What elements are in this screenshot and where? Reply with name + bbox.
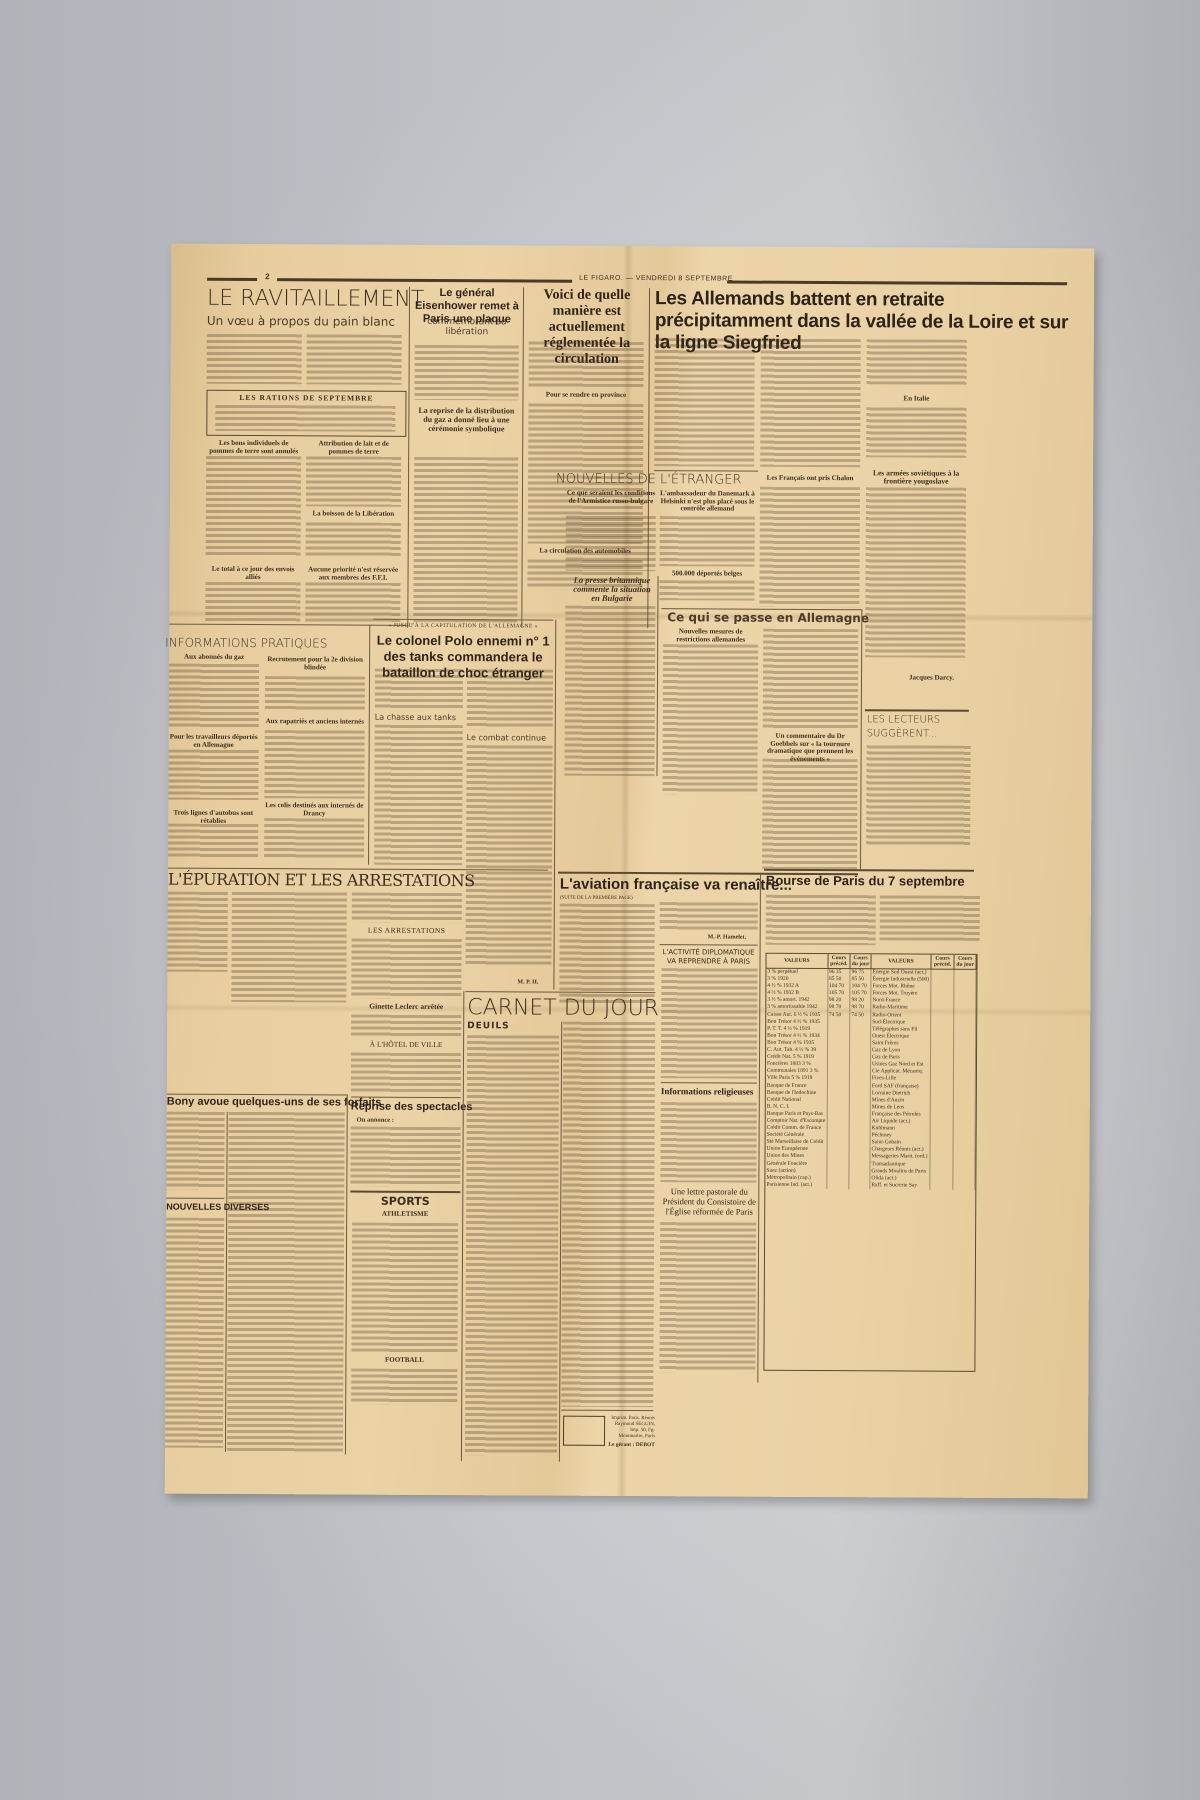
divider (166, 1198, 224, 1199)
section-title: À L'HÔTEL DE VILLE (351, 1041, 461, 1050)
article-body (374, 725, 463, 865)
article-body (264, 730, 364, 799)
quote-value (850, 1026, 871, 1033)
quote-value (849, 1182, 870, 1189)
security-name: Métropolitain (cap.) (765, 1174, 826, 1181)
section-title: Aucune priorité n'est réservée aux membr… (306, 566, 401, 582)
security-name: Lorraine Dietrich (871, 1090, 930, 1097)
section-title: Le combat continue (467, 733, 546, 742)
article-body (414, 345, 518, 401)
article-body (165, 1218, 224, 1448)
section-title: La boisson de la Libération (306, 510, 401, 518)
security-name: Bon Trésor 4 ½ % 1935 (766, 1018, 827, 1025)
divider (561, 1410, 653, 1411)
security-name: Ville Paris 5 % 1919 (766, 1075, 827, 1082)
column-header: Cours du jour (850, 954, 871, 969)
masthead-title: LE FIGARO. — VENDREDI 8 SEPTEMBRE (579, 275, 733, 283)
section-title: ATHLETISME (350, 1211, 460, 1219)
article-body (413, 457, 518, 623)
article-body (207, 334, 302, 384)
quote-value (850, 1033, 871, 1040)
section-title: Aux rapatriés et anciens internés (265, 718, 365, 726)
quote-value: 74 50 (827, 1012, 850, 1019)
article-body (529, 341, 644, 387)
religieuses-headline: Informations religieuses (661, 1086, 761, 1097)
article-body (351, 1053, 461, 1094)
etranger-headline: NOUVELLES DE L'ÉTRANGER (556, 472, 756, 488)
quote-value (954, 1026, 976, 1033)
security-name: Télégraphes sans Fil (871, 1026, 930, 1033)
section-title: En Italie (866, 395, 966, 403)
quote-value (954, 1019, 976, 1026)
table-row: Caisse Aut. 6 ½ % 193574 5074 50 (766, 1011, 871, 1019)
section-title: L'ambassadeur du Danemark à Helsinki n'e… (660, 490, 755, 514)
polo-kicker: « JUSQU'À LA CAPITULATION DE L'ALLEMAGNE… (375, 623, 551, 630)
section-title: Ce que seraient les conditions de l'Armi… (566, 490, 656, 506)
article-body (759, 487, 860, 608)
sports-headline: SPORTS (350, 1195, 460, 1209)
spectacles-headline: Reprise des spectacles (351, 1101, 471, 1114)
carnet-headline: CARNET DU JOUR (467, 995, 667, 1021)
quote-value (850, 1047, 871, 1054)
quote-value: 104 70 (850, 983, 871, 990)
security-name: Union des Mines (765, 1153, 826, 1160)
article-body (763, 629, 859, 729)
bourse-table-right: VALEURS Cours précéd. Cours du jour Éner… (870, 954, 976, 1189)
section-title: Les armées soviétiques à la frontière yo… (866, 469, 966, 486)
article-body (564, 606, 655, 776)
page-number: 2 (265, 272, 270, 281)
printer-imprint: Imprim. Paris. Réunis Raymond SEGUIN, Im… (607, 1416, 655, 1440)
article-body (351, 1015, 461, 1038)
security-name: 3 % amortissable 1942 (766, 1004, 827, 1011)
article-body (206, 456, 302, 556)
diverses-headline: NOUVELLES DIVERSES (166, 1202, 276, 1213)
section-title: Pour se rendre en province (528, 391, 643, 399)
quote-value: 74 50 (850, 1012, 871, 1019)
security-name: Messageries Marit. (ord.) (870, 1154, 929, 1161)
section-title: La chasse aux tanks (375, 713, 456, 722)
ravitaillement-subhead: Un vœu à propos du pain blanc (207, 314, 395, 329)
article-body (352, 893, 462, 924)
article-body (660, 1102, 756, 1183)
security-name: Caisse Aut. 6 ½ % 1935 (766, 1011, 827, 1018)
article-body (766, 895, 876, 946)
column-header: VALEURS (871, 954, 930, 969)
quote-value (954, 991, 976, 998)
section-title: LES ARRESTATIONS (352, 927, 462, 936)
section-title: Les colis destinés aux internés de Dranc… (264, 802, 364, 818)
article-body (305, 582, 400, 622)
divider (865, 709, 969, 712)
section-title: Ginette Leclerc arrêtée (351, 1003, 461, 1012)
informations-headline: INFORMATIONS PRATIQUES (165, 636, 365, 651)
quote-value: 105 70 (850, 990, 871, 997)
quote-value (953, 1183, 975, 1190)
bourse-table: VALEURS Cours précéd. Cours du jour 3 % … (765, 954, 976, 1190)
security-name: Générale Foncière (765, 1160, 826, 1167)
security-name: Parisienne Ind. (act.) (765, 1182, 826, 1189)
section-title: 500.000 déportés belges (660, 570, 755, 578)
section-title: Les bons individuels de pommes de terre … (206, 440, 301, 456)
article-body (227, 1112, 345, 1453)
security-name: Banque de l'Indochine (766, 1089, 827, 1096)
article-body (351, 1369, 457, 1406)
article-body (215, 405, 395, 432)
column-rule (860, 609, 862, 869)
ravitaillement-headline: LE RAVITAILLEMENT (207, 286, 407, 312)
quote-value: 98 70 (827, 1005, 850, 1012)
section-title: Pour les travailleurs déportés en Allema… (169, 734, 259, 750)
quote-value: 96 35 (828, 969, 851, 977)
article-body (166, 1112, 224, 1190)
article-body (264, 818, 364, 859)
security-name: Crédit National (766, 1096, 827, 1103)
quote-value: 85 50 (850, 976, 871, 983)
article-body (660, 516, 755, 566)
article-body (762, 759, 858, 869)
quote-value (850, 1019, 871, 1026)
bourse-left-body: 3 % perpétuel96 3596 753 % 192085 5085 5… (765, 968, 871, 1189)
table-header-row: VALEURS Cours précéd. Cours du jour (766, 954, 871, 969)
eisenhower-subhead: commémorant sa libération (415, 317, 519, 338)
security-name: Mines d'Anzin (871, 1097, 930, 1104)
article-body (169, 664, 259, 729)
security-name: Transatlantique (870, 1161, 929, 1168)
column-rule (521, 287, 524, 627)
security-name: Radio-Maritime (871, 1005, 930, 1012)
article-body (307, 334, 402, 384)
masthead-rule (207, 278, 257, 281)
article-body (866, 745, 971, 846)
article-body (880, 895, 980, 941)
article-body (351, 1223, 458, 1354)
security-name: Grands Moulins de Paris (870, 1168, 929, 1175)
article-body (659, 1222, 756, 1373)
article-body (867, 339, 967, 385)
section-title: FOOTBALL (349, 1357, 459, 1365)
column-rule (407, 287, 410, 627)
article-body (559, 904, 655, 1004)
bourse-headline: Bourse de Paris du 7 septembre (766, 873, 976, 889)
column-rule (757, 873, 761, 1383)
article-body (662, 644, 758, 794)
column-rule (656, 576, 658, 776)
column-rule (461, 991, 464, 1461)
article-body (566, 516, 656, 571)
section-title: Nouvelles mesures de restrictions allema… (663, 628, 758, 644)
rations-box: LES RATIONS DE SEPTEMBRE (206, 390, 406, 437)
article-body (265, 676, 365, 711)
security-name: Sud-Électrique (871, 1019, 930, 1026)
article-body (660, 902, 758, 931)
newspaper-page: 2 LE FIGARO. — VENDREDI 8 SEPTEMBRE LE R… (165, 244, 1095, 1499)
quote-value (931, 969, 955, 977)
section-title: Aux abonnés du gaz (169, 654, 259, 662)
article-body (168, 750, 258, 800)
section-title: Le total à ce jour des envois alliés (206, 566, 301, 582)
column-header: VALEURS (766, 954, 827, 969)
manager-name: Le gérant : DEBOT (607, 1442, 655, 1448)
table-header-row: VALEURS Cours précéd. Cours du jour (871, 954, 976, 969)
epuration-headline: L'ÉPURATION ET LES ARRESTATIONS (168, 870, 468, 891)
bourse-right-body: Énergie Sud Ouest (act.) Énergie Industr… (870, 969, 976, 1190)
article-body (465, 1035, 559, 1455)
column-rule (368, 625, 370, 865)
security-name: Ford SAF (française) (871, 1083, 930, 1090)
quote-value: 98 20 (850, 998, 871, 1005)
article-body (167, 892, 227, 972)
diplomatique-headline: L'ACTIVITÉ DIPLOMATIQUE VA REPRENDRE À P… (660, 948, 758, 967)
article-body (866, 407, 966, 458)
column-rule (345, 1095, 348, 1455)
table-row: Raff. et Sucrerie Say (870, 1182, 975, 1190)
article-body (306, 456, 401, 506)
article-body (760, 339, 861, 468)
section-title: Recrutement pour la 2e division blindée (265, 656, 365, 672)
aviation-signature: M.-P. Hamelet. (708, 934, 746, 940)
article-body (561, 1022, 655, 1407)
divider (350, 1191, 460, 1194)
religieuses-section-title: Une lettre pastorale du Président du Con… (660, 1186, 758, 1217)
section-title: La presse britannique commente la situat… (569, 576, 654, 603)
column-header: Cours précéd. (931, 955, 955, 970)
article-body (466, 745, 553, 965)
masthead-rule (727, 281, 1067, 286)
quote-value: 96 75 (850, 969, 871, 977)
section-title: Les Français ont pris Chalon (760, 475, 860, 483)
carnet-subhead: DEUILS (467, 1021, 510, 1031)
quote-value: 98 70 (850, 1005, 871, 1012)
bony-headline: Bony avoue quelques-uns de ses forfaits (167, 1096, 347, 1109)
masthead-rule (277, 278, 572, 283)
security-name: Banque de France (766, 1082, 827, 1089)
rations-box-title: LES RATIONS DE SEPTEMBRE (207, 394, 405, 403)
spectacles-intro: On annonce : (357, 1117, 394, 1124)
column-rule (553, 620, 556, 990)
column-header: Cours du jour (954, 955, 976, 970)
bourse-table-left: VALEURS Cours précéd. Cours du jour 3 % … (765, 954, 871, 1189)
table-row: Messageries Marit. (ord.) (870, 1154, 975, 1162)
quote-value (954, 984, 976, 991)
bourse-table-frame: VALEURS Cours précéd. Cours du jour 3 % … (763, 953, 977, 1372)
article-body (654, 338, 755, 467)
article-body (351, 939, 461, 1000)
section-title: Attribution de lait et de pommes de terr… (306, 440, 401, 456)
section-title: La reprise de la distribution du gaz a d… (414, 407, 518, 434)
printer-logo (563, 1416, 605, 1446)
divider (764, 869, 974, 872)
quote-value (954, 998, 976, 1005)
quote-value (850, 1040, 871, 1047)
allemands-signature: Jacques Darcy. (909, 673, 954, 681)
article-body (350, 1127, 460, 1188)
article-body (659, 580, 754, 600)
quote-value (930, 1182, 954, 1189)
quote-value (954, 1012, 976, 1019)
security-name: Raff. et Sucrerie Say (870, 1182, 929, 1189)
divider (660, 944, 758, 946)
divider (169, 624, 407, 626)
article-body (231, 892, 347, 1003)
security-name: Radio-Orient (871, 1012, 930, 1019)
aviation-kicker: (SUITE DE LA PREMIÈRE PAGE) (560, 896, 633, 901)
allemagne-headline: Ce qui se passe en Allemagne (667, 610, 867, 625)
article-body (661, 968, 758, 1079)
divider (661, 1082, 757, 1084)
quote-value (826, 1182, 849, 1189)
article-body (205, 582, 300, 622)
article-body (375, 669, 463, 709)
column-header: Cours précéd. (828, 954, 851, 969)
article-body (168, 824, 258, 858)
article-body (467, 669, 553, 729)
article-body (306, 522, 401, 556)
lecteurs-headline: LES LECTEURS SUGGÈRENT... (867, 713, 977, 742)
article-body (865, 487, 966, 658)
table-row: Parisienne Ind. (act.) (765, 1182, 870, 1190)
polo-signature: M. P. H. (517, 979, 538, 985)
quote-value (954, 969, 976, 977)
quote-value (954, 1005, 976, 1012)
